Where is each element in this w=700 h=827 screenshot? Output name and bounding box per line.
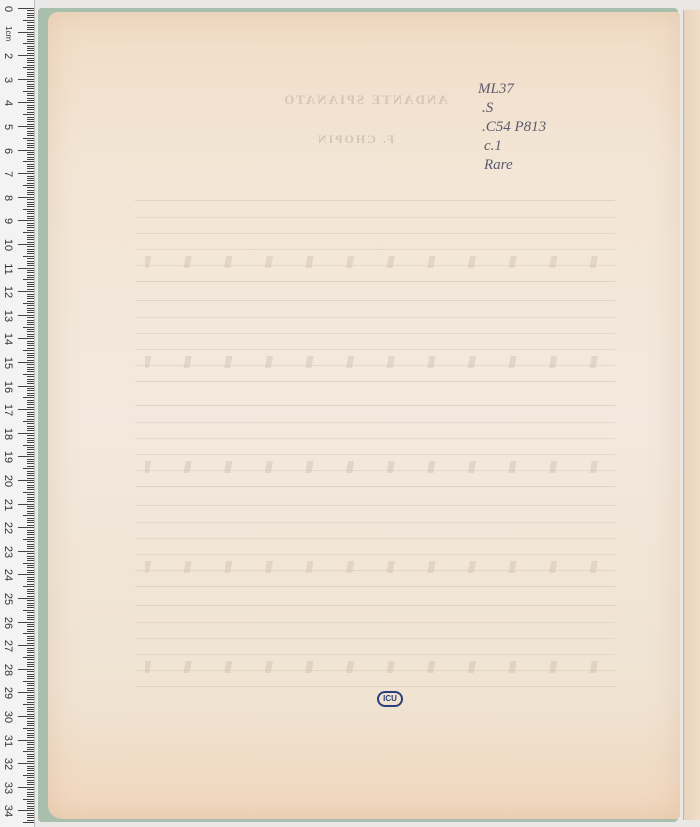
ruler-tick bbox=[27, 758, 34, 759]
ruler-tick bbox=[27, 664, 34, 665]
ruler-tick bbox=[27, 584, 34, 585]
ruler-tick bbox=[27, 648, 34, 649]
ruler-tick bbox=[27, 27, 34, 28]
ruler-tick bbox=[27, 324, 34, 325]
ruler-tick bbox=[18, 315, 34, 316]
ruler-tick bbox=[18, 669, 34, 670]
ruler-tick bbox=[27, 367, 34, 368]
ruler-tick bbox=[27, 683, 34, 684]
ruler-number: 14 bbox=[1, 332, 15, 346]
ruler-number: 31 bbox=[1, 734, 15, 748]
ruler-tick bbox=[27, 678, 34, 679]
ruler-tick bbox=[27, 471, 34, 472]
ruler-tick bbox=[27, 789, 34, 790]
ruler-tick bbox=[27, 76, 34, 77]
adjacent-page-edge bbox=[683, 10, 700, 820]
ruler-tick bbox=[27, 430, 34, 431]
ruler-tick bbox=[27, 22, 34, 23]
ruler-tick bbox=[27, 636, 34, 637]
ruler-tick bbox=[27, 570, 34, 571]
ruler-tick bbox=[23, 751, 34, 752]
ruler-tick bbox=[18, 504, 34, 505]
ruler-tick bbox=[27, 513, 34, 514]
ruler-tick bbox=[27, 39, 34, 40]
ruler-tick bbox=[27, 709, 34, 710]
ruler-tick bbox=[27, 808, 34, 809]
ruler-tick bbox=[27, 589, 34, 590]
ruler-tick bbox=[23, 209, 34, 210]
ruler-tick bbox=[27, 190, 34, 191]
ruler-tick bbox=[27, 565, 34, 566]
ruler-tick bbox=[27, 544, 34, 545]
ruler-tick bbox=[27, 400, 34, 401]
ruler-tick bbox=[27, 671, 34, 672]
ruler-tick bbox=[27, 511, 34, 512]
ruler-tick bbox=[27, 53, 34, 54]
ruler-tick bbox=[27, 171, 34, 172]
ruler-number: 8 bbox=[1, 191, 15, 205]
ruler-tick bbox=[27, 371, 34, 372]
ruler-tick bbox=[23, 610, 34, 611]
ruler-tick bbox=[27, 166, 34, 167]
ruler-tick bbox=[27, 546, 34, 547]
ruler-tick bbox=[18, 220, 34, 221]
ruler-tick bbox=[27, 112, 34, 113]
ruler-number: 18 bbox=[1, 427, 15, 441]
ruler-tick bbox=[27, 615, 34, 616]
ruler-tick bbox=[27, 261, 34, 262]
faint-staff bbox=[135, 200, 615, 282]
ruler-tick bbox=[23, 681, 34, 682]
ruler-tick bbox=[27, 607, 34, 608]
ruler-tick bbox=[23, 279, 34, 280]
ruler-tick bbox=[27, 806, 34, 807]
ruler-tick bbox=[27, 482, 34, 483]
ruler-tick bbox=[27, 624, 34, 625]
ruler-tick bbox=[27, 117, 34, 118]
ruler-tick bbox=[27, 426, 34, 427]
ruler-tick bbox=[27, 159, 34, 160]
ruler-number: 34 bbox=[1, 804, 15, 818]
ruler-tick bbox=[27, 447, 34, 448]
ruler-tick bbox=[27, 442, 34, 443]
ruler-tick bbox=[27, 782, 34, 783]
ruler-number: 17 bbox=[1, 403, 15, 417]
ruler-tick bbox=[23, 397, 34, 398]
ruler-tick bbox=[27, 41, 34, 42]
ruler-tick bbox=[23, 67, 34, 68]
ruler-tick bbox=[23, 515, 34, 516]
ruler-tick bbox=[27, 275, 34, 276]
ruler-tick bbox=[18, 716, 34, 717]
ruler-tick bbox=[18, 386, 34, 387]
bleed-through-composer: F. CHOPIN bbox=[280, 132, 430, 147]
ruler-tick bbox=[27, 98, 34, 99]
ruler-tick bbox=[27, 62, 34, 63]
ruler-tick bbox=[27, 180, 34, 181]
ruler-tick bbox=[27, 360, 34, 361]
ruler-number: 33 bbox=[1, 781, 15, 795]
ruler-tick bbox=[23, 421, 34, 422]
ruler-tick bbox=[27, 157, 34, 158]
ruler-tick bbox=[27, 286, 34, 287]
ruler-tick bbox=[27, 133, 34, 134]
ruler-tick bbox=[27, 246, 34, 247]
ruler-tick bbox=[27, 695, 34, 696]
faint-staff bbox=[135, 300, 615, 382]
ruler-tick bbox=[27, 461, 34, 462]
ruler-tick bbox=[27, 770, 34, 771]
ruler-tick bbox=[27, 690, 34, 691]
ruler-tick bbox=[23, 445, 34, 446]
ruler-tick bbox=[27, 17, 34, 18]
ruler-tick bbox=[23, 822, 34, 823]
ruler-number: 13 bbox=[1, 309, 15, 323]
ruler-tick bbox=[27, 381, 34, 382]
ruler-tick bbox=[27, 733, 34, 734]
ruler-tick bbox=[27, 310, 34, 311]
ruler-tick bbox=[27, 331, 34, 332]
ruler-tick bbox=[27, 164, 34, 165]
ruler-tick bbox=[27, 508, 34, 509]
call-number-line: c.1 bbox=[478, 137, 546, 156]
ruler-tick bbox=[27, 140, 34, 141]
ruler-number: 24 bbox=[1, 568, 15, 582]
ruler-tick bbox=[27, 487, 34, 488]
ruler-tick bbox=[27, 784, 34, 785]
ruler-tick bbox=[27, 289, 34, 290]
ruler-tick bbox=[27, 591, 34, 592]
ruler-tick bbox=[27, 29, 34, 30]
ruler-tick bbox=[27, 674, 34, 675]
ruler-tick bbox=[27, 466, 34, 467]
ruler-tick bbox=[27, 685, 34, 686]
ruler-tick bbox=[27, 178, 34, 179]
ruler-tick bbox=[27, 522, 34, 523]
ruler-tick bbox=[27, 556, 34, 557]
ruler-tick bbox=[27, 659, 34, 660]
ruler-tick bbox=[27, 15, 34, 16]
ruler-tick bbox=[27, 463, 34, 464]
ruler-number: 26 bbox=[1, 616, 15, 630]
ruler-tick bbox=[27, 10, 34, 11]
ruler-tick bbox=[27, 473, 34, 474]
ruler-tick bbox=[27, 147, 34, 148]
ruler-tick bbox=[18, 291, 34, 292]
ruler-tick bbox=[27, 270, 34, 271]
ruler-number: 0 bbox=[1, 2, 15, 16]
ruler-tick bbox=[27, 69, 34, 70]
ruler-tick bbox=[27, 702, 34, 703]
ruler-tick bbox=[27, 369, 34, 370]
ruler-tick bbox=[27, 744, 34, 745]
ruler-tick bbox=[27, 60, 34, 61]
library-stamp: ICU bbox=[377, 691, 403, 707]
ruler-tick bbox=[27, 407, 34, 408]
ruler-tick bbox=[27, 652, 34, 653]
ruler-tick bbox=[27, 813, 34, 814]
ruler-number: 7 bbox=[1, 167, 15, 181]
ruler-tick bbox=[27, 414, 34, 415]
ruler-tick bbox=[27, 298, 34, 299]
ruler-tick bbox=[27, 761, 34, 762]
ruler-tick bbox=[27, 58, 34, 59]
ruler-tick bbox=[18, 622, 34, 623]
ruler-tick bbox=[27, 376, 34, 377]
ruler-tick bbox=[23, 185, 34, 186]
ruler-tick bbox=[23, 468, 34, 469]
ruler-tick bbox=[27, 390, 34, 391]
ruler-tick bbox=[27, 192, 34, 193]
ruler-tick bbox=[27, 530, 34, 531]
ruler-tick bbox=[27, 357, 34, 358]
ruler-tick bbox=[27, 596, 34, 597]
ruler-tick bbox=[27, 581, 34, 582]
ruler-tick bbox=[27, 364, 34, 365]
ruler-tick bbox=[27, 718, 34, 719]
ruler-tick bbox=[27, 525, 34, 526]
ruler-tick bbox=[27, 263, 34, 264]
ruler-tick bbox=[27, 650, 34, 651]
ruler-tick bbox=[27, 541, 34, 542]
ruler-number: 29 bbox=[1, 686, 15, 700]
ruler-tick bbox=[27, 336, 34, 337]
ruler-number: 25 bbox=[1, 592, 15, 606]
ruler-tick bbox=[18, 362, 34, 363]
faint-staff bbox=[135, 405, 615, 487]
ruler-tick bbox=[18, 268, 34, 269]
call-number-line: .S bbox=[478, 99, 546, 118]
ruler-tick bbox=[27, 119, 34, 120]
ruler-tick bbox=[18, 8, 34, 9]
ruler-tick bbox=[27, 612, 34, 613]
ruler-tick bbox=[23, 138, 34, 139]
ruler-tick bbox=[27, 579, 34, 580]
ruler-tick bbox=[18, 692, 34, 693]
ruler-tick bbox=[27, 501, 34, 502]
ruler-tick bbox=[27, 388, 34, 389]
ruler-tick bbox=[27, 383, 34, 384]
ruler-number: 21 bbox=[1, 498, 15, 512]
ruler-tick bbox=[27, 152, 34, 153]
ruler-tick bbox=[27, 343, 34, 344]
ruler-tick bbox=[27, 749, 34, 750]
ruler-tick bbox=[23, 161, 34, 162]
ruler-tick bbox=[27, 235, 34, 236]
ruler-tick bbox=[27, 334, 34, 335]
ruler-tick bbox=[27, 355, 34, 356]
faint-staff bbox=[135, 505, 615, 587]
ruler-tick bbox=[18, 574, 34, 575]
ruler-tick bbox=[27, 218, 34, 219]
ruler-tick bbox=[27, 792, 34, 793]
ruler-tick bbox=[27, 600, 34, 601]
call-number-line: ML37 bbox=[478, 80, 546, 99]
ruler-tick bbox=[27, 277, 34, 278]
ruler-tick bbox=[27, 199, 34, 200]
ruler-tick bbox=[27, 223, 34, 224]
ruler-tick bbox=[27, 777, 34, 778]
ruler-tick bbox=[27, 435, 34, 436]
ruler-tick bbox=[27, 577, 34, 578]
ruler-tick bbox=[27, 81, 34, 82]
ruler-tick bbox=[27, 605, 34, 606]
ruler-tick bbox=[27, 187, 34, 188]
ruler-tick bbox=[27, 780, 34, 781]
ruler-tick bbox=[27, 131, 34, 132]
ruler-tick bbox=[27, 747, 34, 748]
ruler-tick bbox=[27, 100, 34, 101]
ruler-tick bbox=[27, 202, 34, 203]
ruler-tick bbox=[27, 348, 34, 349]
ruler-tick bbox=[23, 704, 34, 705]
ruler-tick bbox=[27, 735, 34, 736]
ruler-tick bbox=[27, 251, 34, 252]
ruler-number: 22 bbox=[1, 521, 15, 535]
ruler-tick bbox=[27, 520, 34, 521]
ruler-tick bbox=[27, 107, 34, 108]
ruler-tick bbox=[27, 619, 34, 620]
ruler-number: 28 bbox=[1, 663, 15, 677]
ruler-tick bbox=[27, 449, 34, 450]
ruler-tick bbox=[27, 296, 34, 297]
ruler-tick bbox=[27, 305, 34, 306]
ruler-tick bbox=[23, 657, 34, 658]
ruler-tick bbox=[27, 109, 34, 110]
ruler-tick bbox=[27, 124, 34, 125]
ruler-tick bbox=[18, 456, 34, 457]
ruler-tick bbox=[27, 412, 34, 413]
ruler-number: 12 bbox=[1, 285, 15, 299]
ruler-tick bbox=[27, 183, 34, 184]
ruler-tick bbox=[27, 553, 34, 554]
ruler-tick bbox=[27, 206, 34, 207]
ruler-tick bbox=[23, 114, 34, 115]
ruler-tick bbox=[27, 593, 34, 594]
ruler-tick bbox=[27, 402, 34, 403]
ruler-tick bbox=[27, 145, 34, 146]
ruler-tick bbox=[23, 563, 34, 564]
ruler-tick bbox=[18, 645, 34, 646]
ruler-tick bbox=[27, 88, 34, 89]
ruler-tick bbox=[27, 499, 34, 500]
ruler-tick bbox=[27, 46, 34, 47]
ruler-tick bbox=[27, 225, 34, 226]
bleed-through-title: ANDANTE SPIANATO bbox=[240, 92, 490, 108]
ruler-tick bbox=[18, 810, 34, 811]
ruler-tick bbox=[27, 567, 34, 568]
ruler-tick bbox=[23, 303, 34, 304]
ruler-tick bbox=[18, 338, 34, 339]
ruler-tick bbox=[27, 176, 34, 177]
ruler-tick bbox=[27, 36, 34, 37]
ruler-tick bbox=[18, 126, 34, 127]
handwritten-call-number: ML37 .S .C54 P813 c.1 Rare bbox=[478, 80, 546, 175]
ruler-tick bbox=[27, 265, 34, 266]
ruler-tick bbox=[18, 409, 34, 410]
ruler-number: 23 bbox=[1, 545, 15, 559]
ruler-tick bbox=[27, 211, 34, 212]
ruler-tick bbox=[23, 799, 34, 800]
ruler-tick bbox=[27, 558, 34, 559]
ruler-tick bbox=[27, 74, 34, 75]
ruler-tick bbox=[27, 626, 34, 627]
ruler-tick bbox=[27, 168, 34, 169]
ruler-tick bbox=[27, 699, 34, 700]
ruler-tick bbox=[18, 150, 34, 151]
ruler-tick bbox=[27, 711, 34, 712]
ruler-tick bbox=[27, 216, 34, 217]
ruler-tick bbox=[27, 72, 34, 73]
ruler-number: 6 bbox=[1, 144, 15, 158]
ruler-tick bbox=[18, 527, 34, 528]
ruler-tick bbox=[27, 452, 34, 453]
ruler-tick bbox=[27, 230, 34, 231]
ruler-tick bbox=[27, 194, 34, 195]
ruler-tick bbox=[27, 282, 34, 283]
ruler-tick bbox=[27, 84, 34, 85]
ruler-tick bbox=[18, 55, 34, 56]
ruler-tick bbox=[27, 697, 34, 698]
ruler-tick bbox=[27, 416, 34, 417]
ruler-tick bbox=[23, 586, 34, 587]
ruler-tick bbox=[18, 79, 34, 80]
ruler-tick bbox=[27, 756, 34, 757]
ruler-tick bbox=[18, 197, 34, 198]
ruler-tick bbox=[23, 728, 34, 729]
ruler-tick bbox=[27, 730, 34, 731]
ruler-tick bbox=[27, 537, 34, 538]
ruler-tick bbox=[27, 249, 34, 250]
ruler-number: 4 bbox=[1, 96, 15, 110]
ruler-number: 15 bbox=[1, 356, 15, 370]
ruler-number: 16 bbox=[1, 380, 15, 394]
ruler-tick bbox=[27, 428, 34, 429]
ruler-tick bbox=[27, 475, 34, 476]
ruler-tick bbox=[27, 284, 34, 285]
ruler-tick bbox=[27, 419, 34, 420]
ruler-tick bbox=[27, 676, 34, 677]
ruler-tick bbox=[18, 787, 34, 788]
ruler-tick bbox=[27, 25, 34, 26]
ruler-tick bbox=[18, 480, 34, 481]
ruler-tick bbox=[27, 121, 34, 122]
ruler-tick bbox=[23, 633, 34, 634]
ruler-tick bbox=[23, 327, 34, 328]
ruler-tick bbox=[27, 143, 34, 144]
ruler-tick bbox=[27, 629, 34, 630]
ruler-tick bbox=[27, 213, 34, 214]
ruler-tick bbox=[18, 32, 34, 33]
ruler-tick bbox=[27, 532, 34, 533]
ruler-tick bbox=[27, 737, 34, 738]
ruler-tick bbox=[18, 740, 34, 741]
ruler-tick bbox=[27, 253, 34, 254]
ruler-tick bbox=[27, 766, 34, 767]
ruler-tick bbox=[18, 433, 34, 434]
ruler-tick bbox=[18, 551, 34, 552]
ruler-tick bbox=[27, 572, 34, 573]
call-number-line: .C54 P813 bbox=[478, 118, 546, 137]
ruler-tick bbox=[27, 725, 34, 726]
ruler-tick bbox=[27, 242, 34, 243]
ruler-tick bbox=[27, 239, 34, 240]
measurement-ruler: 01cm234567891011121314151617181920212223… bbox=[0, 0, 35, 827]
ruler-tick bbox=[27, 815, 34, 816]
ruler-tick bbox=[27, 534, 34, 535]
ruler-tick bbox=[27, 95, 34, 96]
ruler-tick bbox=[27, 754, 34, 755]
